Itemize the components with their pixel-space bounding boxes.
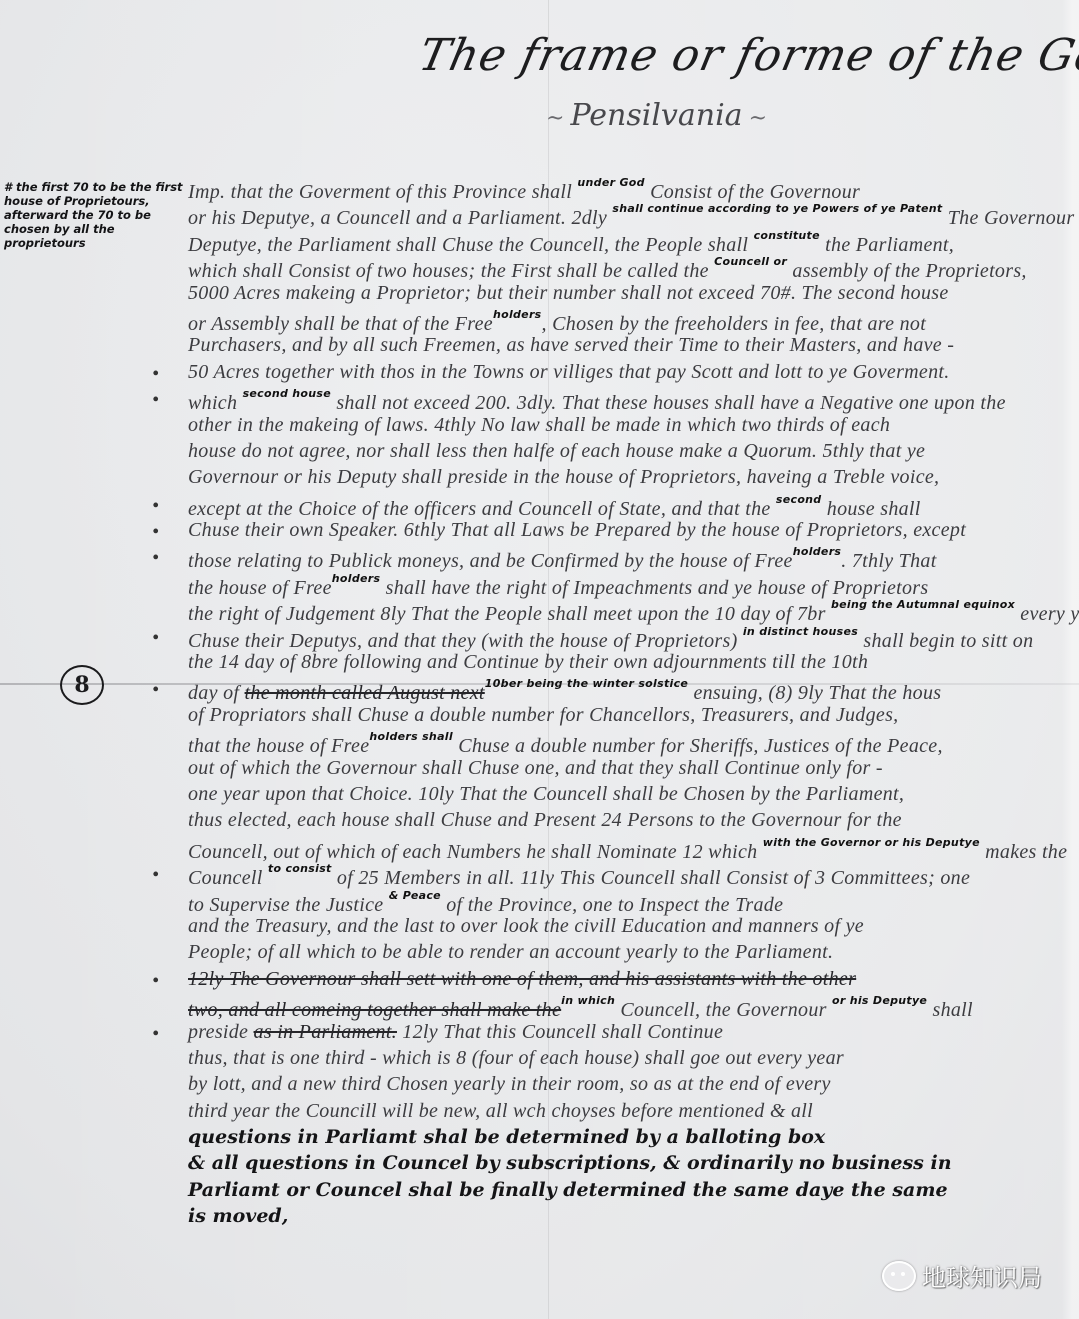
manuscript-line: thus, that is one third - which is 8 (fo… — [188, 1047, 1078, 1073]
line-tail: ensuing, (8) 9ly That the hous — [688, 682, 941, 704]
line-struck: 12ly The Governour shall sett with one o… — [188, 968, 856, 990]
document-subtitle: ~Pensilvania~ — [540, 98, 840, 133]
line-struck: two, and all comeing together shall make… — [188, 999, 561, 1021]
watermark-text: 地球知识局 — [922, 1258, 1042, 1293]
manuscript-line: Governour or his Deputy shall preside in… — [188, 466, 1078, 492]
manuscript-line: is moved, — [188, 1205, 1078, 1231]
manuscript-line: Parliamt or Councel shal be finally dete… — [188, 1179, 1078, 1205]
line-text: Councell, out of which of each Numbers h… — [188, 841, 763, 863]
manuscript-line: •those relating to Publick moneys, and b… — [188, 545, 1078, 571]
manuscript-line: Imp. that the Goverment of this Province… — [188, 176, 1078, 202]
line-tail: house shall — [821, 498, 920, 520]
line-text: questions in Parliamt shal be determined… — [188, 1126, 825, 1148]
margin-dot-icon: • — [152, 1023, 159, 1046]
folio-number: 8 — [74, 672, 89, 698]
line-tail: makes the — [980, 841, 1067, 863]
margin-annotation: # the first 70 to be the first house of … — [4, 180, 184, 250]
manuscript-line: Purchasers, and by all such Freemen, as … — [188, 334, 1078, 360]
line-text: Parliamt or Councel shal be finally dete… — [188, 1179, 948, 1201]
wechat-icon — [882, 1261, 916, 1291]
manuscript-line: two, and all comeing together shall make… — [188, 994, 1078, 1020]
manuscript-line: the 14 day of 8bre following and Continu… — [188, 651, 1078, 677]
line-struck: as in Parliament. — [254, 1021, 397, 1043]
manuscript-line: thus elected, each house shall Chuse and… — [188, 809, 1078, 835]
line-text: Imp. that the Goverment of this Province… — [188, 181, 577, 203]
ornament-right-icon: ~ — [749, 106, 767, 131]
line-text: thus, that is one third - which is 8 (fo… — [188, 1047, 844, 1069]
line-text: which — [188, 392, 243, 414]
line-tail: of 25 Members in all. 11ly This Councell… — [332, 867, 971, 889]
manuscript-line: by lott, and a new third Chosen yearly i… — [188, 1073, 1078, 1099]
margin-dot-icon: • — [152, 627, 159, 650]
line-text: Chuse their Deputys, and that they (with… — [188, 630, 743, 652]
manuscript-line: •Chuse their Deputys, and that they (wit… — [188, 625, 1078, 651]
manuscript-line: out of which the Governour shall Chuse o… — [188, 757, 1078, 783]
folio-number-circle: 8 — [60, 665, 104, 705]
manuscript-line: •50 Acres together with thos in the Town… — [188, 361, 1078, 387]
line-tail: The Governour shall Chuse his — [942, 207, 1079, 229]
manuscript-line: third year the Councill will be new, all… — [188, 1100, 1078, 1126]
line-tail: 12ly That this Councell shall Continue — [397, 1021, 723, 1043]
line-ins: constitute — [754, 229, 820, 242]
line-text: out of which the Governour shall Chuse o… — [188, 757, 883, 779]
line-text: those relating to Publick moneys, and be… — [188, 550, 793, 572]
line-text: the right of Judgement 8ly That the Peop… — [188, 603, 831, 625]
line-tail: . 7thly That — [841, 550, 936, 572]
manuscript-line: •day of the month called August next10be… — [188, 677, 1078, 703]
line-text: People; of all which to be able to rende… — [188, 941, 833, 963]
line-text: 50 Acres together with thos in the Towns… — [188, 361, 950, 383]
manuscript-line: People; of all which to be able to rende… — [188, 941, 1078, 967]
manuscript-line: of Propriators shall Chuse a double numb… — [188, 704, 1078, 730]
margin-dot-icon: • — [152, 864, 159, 887]
line-tail: shall not exceed 200. 3dly. That these h… — [331, 392, 1006, 414]
line-ins2: or his Deputye — [832, 994, 927, 1007]
line-tail: Chuse a double number for Sheriffs, Just… — [453, 735, 943, 757]
watermark: 地球知识局 — [882, 1258, 1042, 1293]
manuscript-line: and the Treasury, and the last to over l… — [188, 915, 1078, 941]
line-ins: being the Autumnal equinox — [831, 598, 1015, 611]
line-text: or his Deputye, a Councell and a Parliam… — [188, 207, 612, 229]
line-text: Governour or his Deputy shall preside in… — [188, 466, 939, 488]
line-text: thus elected, each house shall Chuse and… — [188, 809, 902, 831]
manuscript-line: house do not agree, nor shall less then … — [188, 440, 1078, 466]
manuscript-line: or Assembly shall be that of the Freehol… — [188, 308, 1078, 334]
line-tail: assembly of the Proprietors, — [787, 260, 1027, 282]
manuscript-line: one year upon that Choice. 10ly That the… — [188, 783, 1078, 809]
manuscript-line: •preside as in Parliament. 12ly That thi… — [188, 1021, 1078, 1047]
line-text: preside — [188, 1021, 254, 1043]
line-text: house do not agree, nor shall less then … — [188, 440, 925, 462]
line-text: and the Treasury, and the last to over l… — [188, 915, 864, 937]
manuscript-line: Councell, out of which of each Numbers h… — [188, 836, 1078, 862]
line-tail: Councell, the Governour — [615, 999, 832, 1021]
manuscript-line: that the house of Freeholders shall Chus… — [188, 730, 1078, 756]
manuscript-line: •Chuse their own Speaker. 6thly That all… — [188, 519, 1078, 545]
line-ins: holders — [793, 545, 842, 558]
manuscript-line: •12ly The Governour shall sett with one … — [188, 968, 1078, 994]
line-text: day of — [188, 682, 245, 704]
line-tail: the Parliament, — [820, 234, 954, 256]
manuscript-line: •which second house shall not exceed 200… — [188, 387, 1078, 413]
line-text: & all questions in Councel by subscripti… — [188, 1152, 952, 1174]
line-tail: every year and — [1015, 603, 1079, 625]
line-text: the house of Free — [188, 577, 332, 599]
line-text: to Supervise the Justice — [188, 894, 389, 916]
line-text: Chuse their own Speaker. 6thly That all … — [188, 519, 966, 541]
line-ins: holders shall — [369, 730, 453, 743]
manuscript-line: which shall Consist of two houses; the F… — [188, 255, 1078, 281]
line-text: by lott, and a new third Chosen yearly i… — [188, 1073, 831, 1095]
margin-dot-icon: • — [152, 495, 159, 518]
line-text: that the house of Free — [188, 735, 369, 757]
line-text: the 14 day of 8bre following and Continu… — [188, 651, 868, 673]
line-tail: shall have the right of Impeachments and… — [380, 577, 928, 599]
line-text: is moved, — [188, 1205, 288, 1227]
manuscript-line: •Councell to consist of 25 Members in al… — [188, 862, 1078, 888]
line-ins: & Peace — [389, 889, 441, 902]
margin-dot-icon: • — [152, 521, 159, 544]
line-tail: shall begin to sitt on — [858, 630, 1033, 652]
line-struck: the month called August next — [245, 682, 485, 704]
manuscript-line: or his Deputye, a Councell and a Parliam… — [188, 202, 1078, 228]
subtitle-text: Pensilvania — [570, 98, 742, 133]
line-text: third year the Councill will be new, all… — [188, 1100, 813, 1122]
line-text: other in the makeing of laws. 4thly No l… — [188, 414, 890, 436]
line-text: of Propriators shall Chuse a double numb… — [188, 704, 898, 726]
line-text: 5000 Acres makeing a Proprietor; but the… — [188, 282, 760, 304]
manuscript-line: 5000 Acres makeing a Proprietor; but the… — [188, 282, 1078, 308]
line-tail: of the Province, one to Inspect the Trad… — [441, 894, 783, 916]
margin-dot-icon: • — [152, 363, 159, 386]
manuscript-line: Deputye, the Parliament shall Chuse the … — [188, 229, 1078, 255]
line-tail: 70#. The second house — [760, 282, 949, 304]
line-text: or Assembly shall be that of the Free — [188, 313, 493, 335]
manuscript-body: Imp. that the Goverment of this Province… — [188, 176, 1078, 1232]
line-tail2: shall — [927, 999, 973, 1021]
line-ins: second house — [243, 387, 331, 400]
line-ins: in distinct houses — [743, 625, 858, 638]
line-tail: Consist of the Governour — [645, 181, 860, 203]
line-ins: second — [776, 493, 822, 506]
line-ins: with the Governor or his Deputye — [763, 836, 980, 849]
line-ins: under God — [577, 176, 644, 189]
line-ins: in which — [561, 994, 615, 1007]
manuscript-line: to Supervise the Justice & Peace of the … — [188, 889, 1078, 915]
line-text: except at the Choice of the officers and… — [188, 498, 776, 520]
manuscript-line: & all questions in Councel by subscripti… — [188, 1152, 1078, 1178]
line-ins: shall continue according to ye Powers of… — [612, 202, 942, 215]
line-text: Purchasers, and by all such Freemen, as … — [188, 334, 954, 356]
line-text: which shall Consist of two houses; the F… — [188, 260, 714, 282]
line-text: Deputye, the Parliament shall Chuse the … — [188, 234, 754, 256]
manuscript-line: •except at the Choice of the officers an… — [188, 493, 1078, 519]
line-ins: holders — [332, 572, 381, 585]
margin-dot-icon: • — [152, 389, 159, 412]
margin-dot-icon: • — [152, 679, 159, 702]
line-tail: , Chosen by the freeholders in fee, that… — [542, 313, 927, 335]
ornament-left-icon: ~ — [546, 106, 564, 131]
line-ins: holders — [493, 308, 542, 321]
manuscript-line: other in the makeing of laws. 4thly No l… — [188, 414, 1078, 440]
line-ins: Councell or — [714, 255, 787, 268]
line-text: one year upon that Choice. 10ly That the… — [188, 783, 904, 805]
manuscript-line: the right of Judgement 8ly That the Peop… — [188, 598, 1078, 624]
margin-dot-icon: • — [152, 547, 159, 570]
manuscript-line: questions in Parliamt shal be determined… — [188, 1126, 1078, 1152]
line-ins: 10ber being the winter solstice — [485, 677, 688, 690]
manuscript-line: the house of Freeholders shall have the … — [188, 572, 1078, 598]
document-title: The frame or forme of the Goverment of — [415, 30, 1026, 81]
line-text: Councell — [188, 867, 268, 889]
margin-dot-icon: • — [152, 970, 159, 993]
line-ins: to consist — [268, 862, 332, 875]
